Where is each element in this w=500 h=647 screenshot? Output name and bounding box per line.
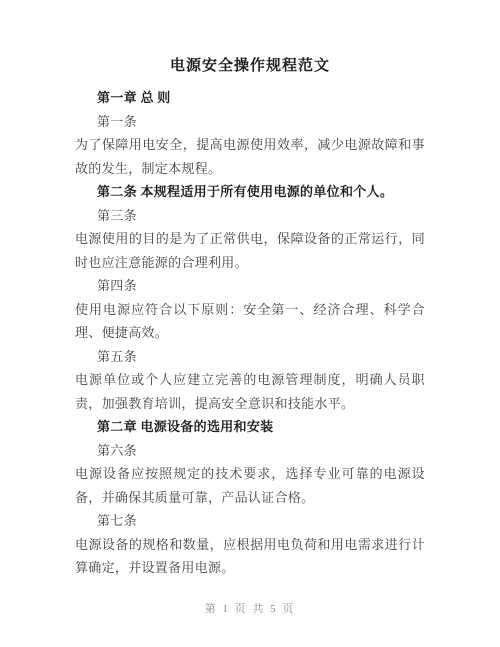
chapter-heading: 第二章 电源设备的选用和安装 — [75, 415, 425, 439]
article-label: 第四条 — [75, 274, 425, 298]
document-page: 电源安全操作规程范文 第一章 总 则 第一条 为了保障用电安全，提高电源使用效率… — [75, 54, 425, 580]
document-body: 第一章 总 则 第一条 为了保障用电安全，提高电源使用效率，减少电源故障和事故的… — [75, 86, 425, 580]
article-label: 第三条 — [75, 204, 425, 228]
paragraph-text: 电源使用的目的是为了正常供电，保障设备的正常运行，同时也应注意能源的合理利用。 — [75, 227, 425, 274]
chapter-heading: 第一章 总 则 — [75, 86, 425, 110]
article-label: 第七条 — [75, 509, 425, 533]
document-title: 电源安全操作规程范文 — [75, 54, 425, 78]
article-label: 第五条 — [75, 345, 425, 369]
article-label: 第一条 — [75, 110, 425, 134]
article-label: 第六条 — [75, 439, 425, 463]
article-heading: 第二条 本规程适用于所有使用电源的单位和个人。 — [75, 180, 425, 204]
paragraph-text: 电源设备的规格和数量，应根据用电负荷和用电需求进行计算确定，并设置备用电源。 — [75, 533, 425, 580]
page-number-footer: 第 1 页 共 5 页 — [0, 600, 500, 616]
paragraph-text: 为了保障用电安全，提高电源使用效率，减少电源故障和事故的发生，制定本规程。 — [75, 133, 425, 180]
paragraph-text: 电源设备应按照规定的技术要求，选择专业可靠的电源设备，并确保其质量可靠，产品认证… — [75, 462, 425, 509]
paragraph-text: 电源单位或个人应建立完善的电源管理制度，明确人员职责，加强教育培训，提高安全意识… — [75, 368, 425, 415]
paragraph-text: 使用电源应符合以下原则：安全第一、经济合理、科学合理、便捷高效。 — [75, 298, 425, 345]
document-title-text: 电源安全操作规程范文 — [170, 58, 330, 74]
